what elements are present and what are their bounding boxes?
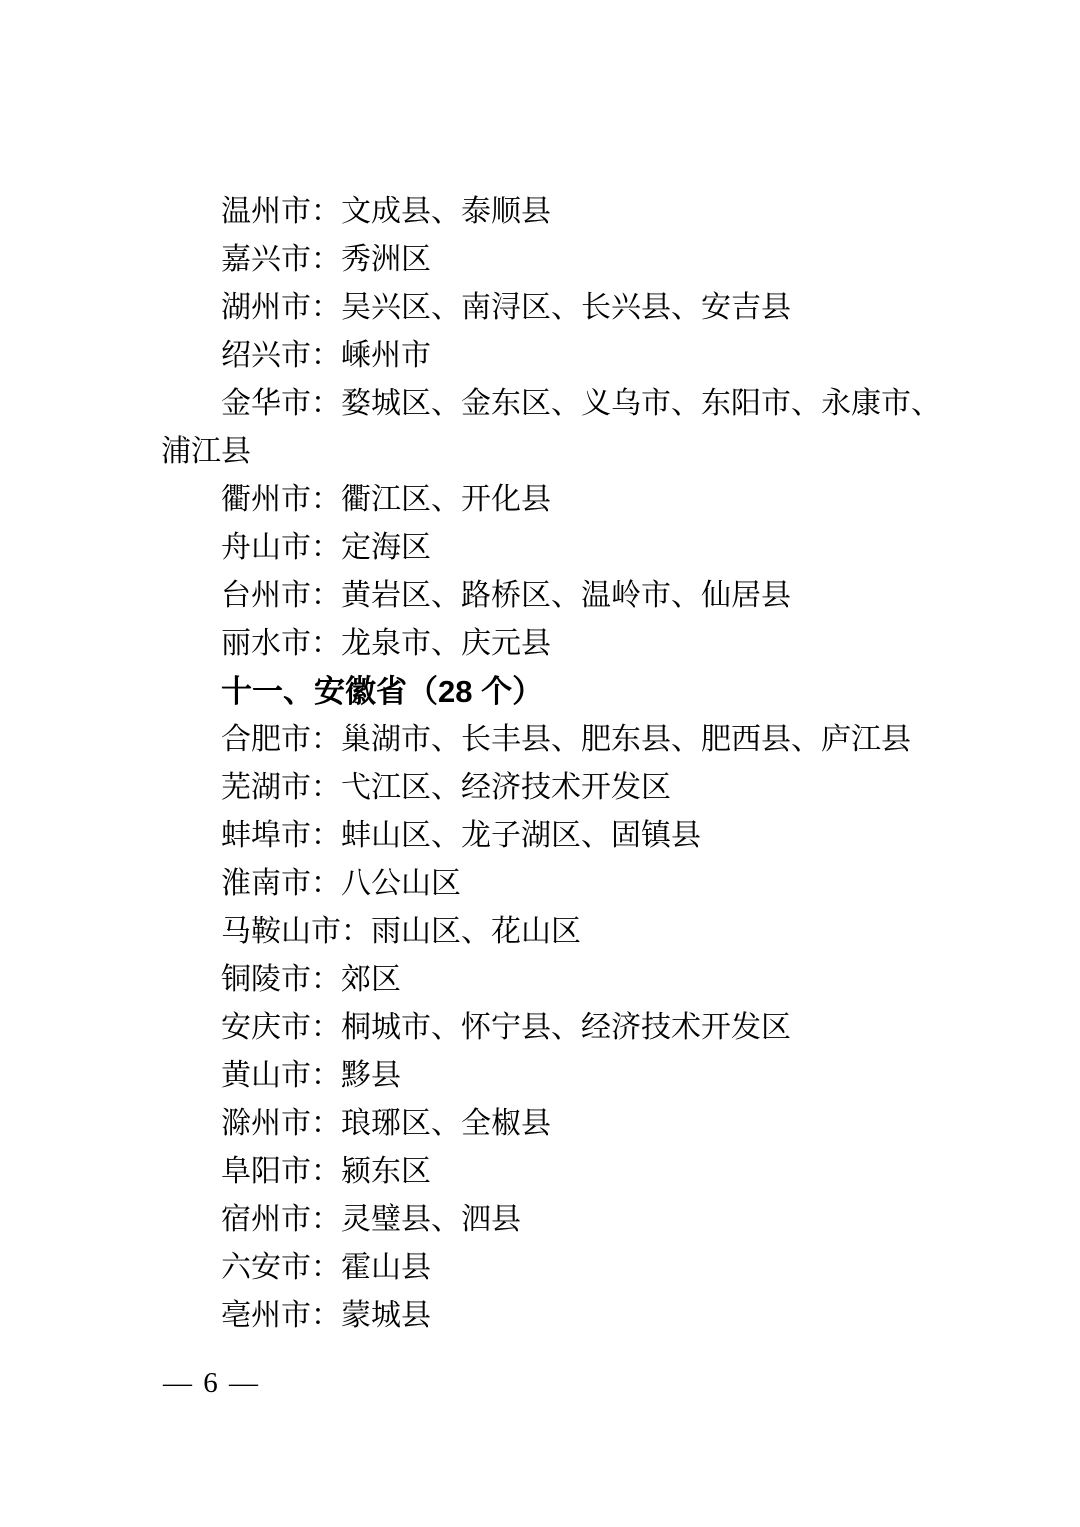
document-line: 阜阳市：颍东区 [161,1148,933,1196]
document-line: 金华市：婺城区、金东区、义乌市、东阳市、永康市、 [161,380,933,428]
document-line: 六安市：霍山县 [161,1244,933,1292]
document-line: 衢州市：衢江区、开化县 [161,476,933,524]
document-line: 亳州市：蒙城县 [161,1292,933,1340]
document-line: 绍兴市：嵊州市 [161,332,933,380]
document-line: 安庆市：桐城市、怀宁县、经济技术开发区 [161,1004,933,1052]
document-line: 黄山市：黟县 [161,1052,933,1100]
document-line: 合肥市：巢湖市、长丰县、肥东县、肥西县、庐江县 [161,716,933,764]
document-line: 丽水市：龙泉市、庆元县 [161,620,933,668]
document-line: 舟山市：定海区 [161,524,933,572]
page-number-footer: — 6 — [163,1365,260,1401]
document-line: 温州市：文成县、泰顺县 [161,188,933,236]
document-line: 浦江县 [161,428,933,476]
document-line: 淮南市：八公山区 [161,860,933,908]
document-line: 芜湖市：弋江区、经济技术开发区 [161,764,933,812]
section-heading: 十一、安徽省（28 个） [161,668,933,716]
document-line: 湖州市：吴兴区、南浔区、长兴县、安吉县 [161,284,933,332]
document-line: 宿州市：灵璧县、泗县 [161,1196,933,1244]
document-page: 温州市：文成县、泰顺县嘉兴市：秀洲区湖州市：吴兴区、南浔区、长兴县、安吉县绍兴市… [0,0,1080,1527]
document-line: 蚌埠市：蚌山区、龙子湖区、固镇县 [161,812,933,860]
document-line: 嘉兴市：秀洲区 [161,236,933,284]
document-line: 马鞍山市：雨山区、花山区 [161,908,933,956]
document-line: 台州市：黄岩区、路桥区、温岭市、仙居县 [161,572,933,620]
document-line: 铜陵市：郊区 [161,956,933,1004]
document-body: 温州市：文成县、泰顺县嘉兴市：秀洲区湖州市：吴兴区、南浔区、长兴县、安吉县绍兴市… [161,188,933,1340]
document-line: 滁州市：琅琊区、全椒县 [161,1100,933,1148]
